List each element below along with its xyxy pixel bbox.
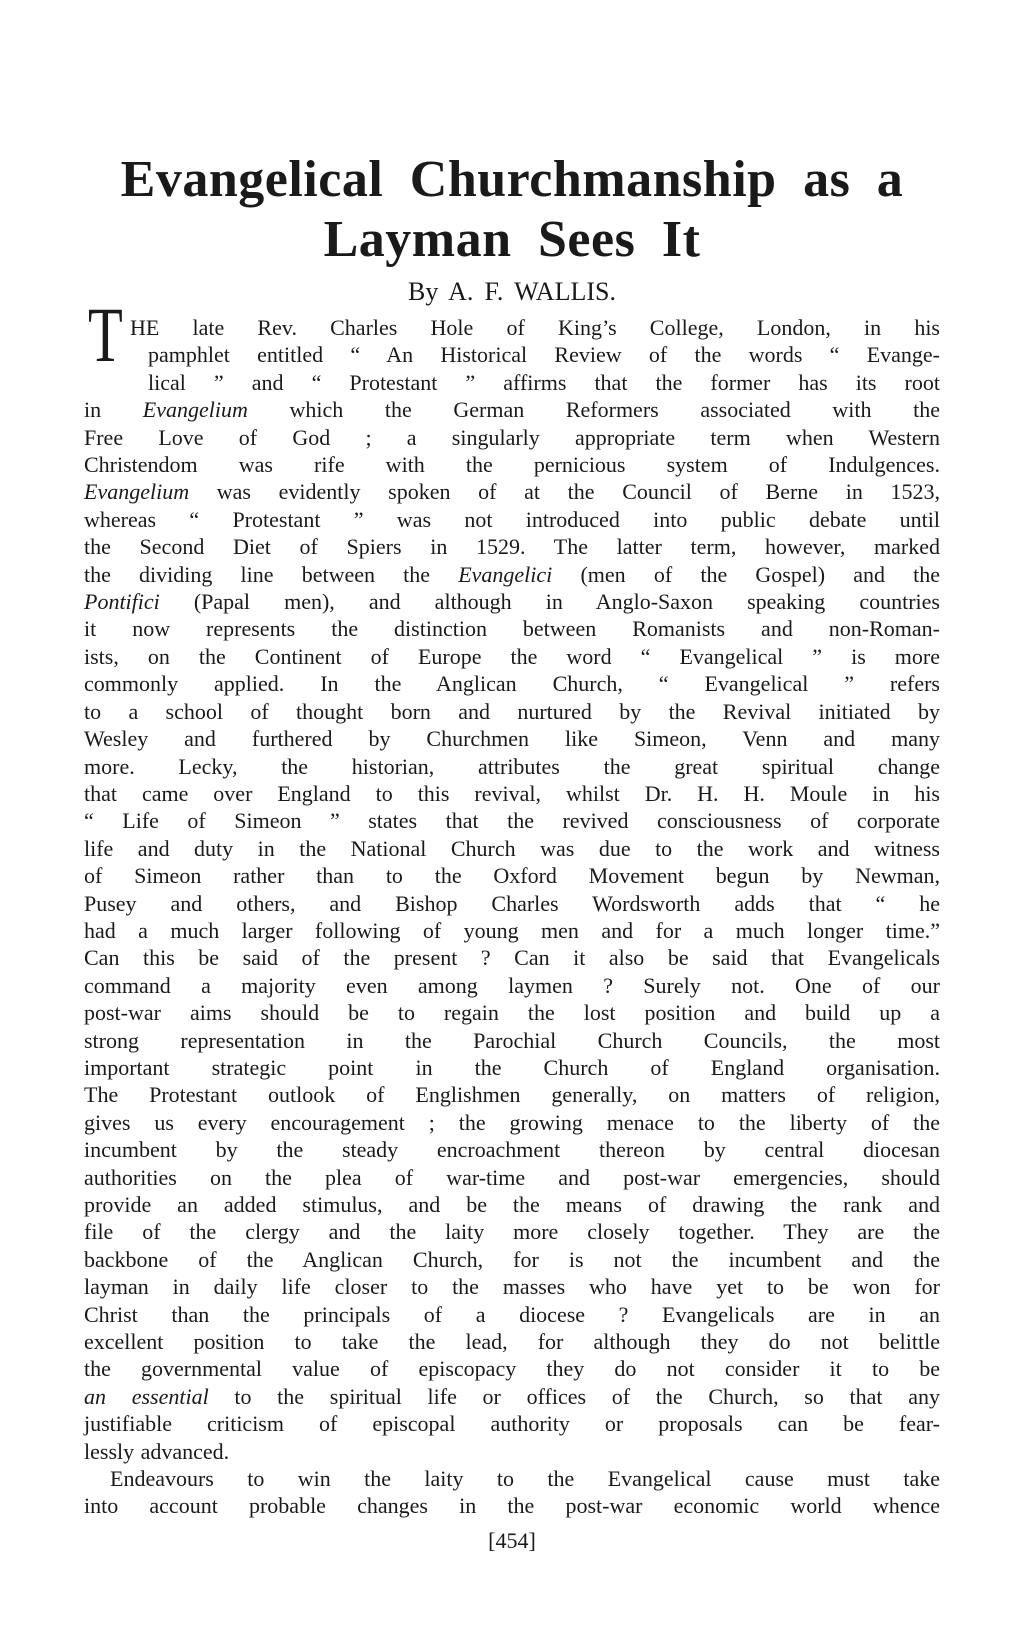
text-line: Free Love of God ; a singularly appropri…	[84, 424, 940, 451]
text-line: of Simeon rather than to the Oxford Move…	[84, 862, 940, 889]
text-line: incumbent by the steady encroachment the…	[84, 1136, 940, 1163]
text-line: in Evangelium which the German Reformers…	[84, 396, 940, 423]
text-line: life and duty in the National Church was…	[84, 835, 940, 862]
text-line: post-war aims should be to regain the lo…	[84, 999, 940, 1026]
text-line: lessly advanced.	[84, 1438, 940, 1465]
text-line: an essential to the spiritual life or of…	[84, 1383, 940, 1410]
text-line: lical ” and “ Protestant ” affirms that …	[84, 369, 940, 396]
text-line: Christendom was rife with the pernicious…	[84, 451, 940, 478]
text-line: ists, on the Continent of Europe the wor…	[84, 643, 940, 670]
text-line: Can this be said of the present ? Can it…	[84, 944, 940, 971]
text-line: excellent position to take the lead, for…	[84, 1328, 940, 1355]
text-line: pamphlet entitled “ An Historical Review…	[84, 341, 940, 368]
text-line: Endeavours to win the laity to the Evang…	[84, 1465, 940, 1492]
text-line: “ Life of Simeon ” states that the reviv…	[84, 807, 940, 834]
article-body: T HE late Rev. Charles Hole of King’s Co…	[84, 314, 940, 1520]
text-line: strong representation in the Parochial C…	[84, 1027, 940, 1054]
text-line: justifiable criticism of episcopal autho…	[84, 1410, 940, 1437]
text-line: into account probable changes in the pos…	[84, 1492, 940, 1519]
article-byline: By A. F. WALLIS.	[84, 276, 940, 308]
text-line: backbone of the Anglican Church, for is …	[84, 1246, 940, 1273]
text-column: Evangelical Churchmanship as a Layman Se…	[84, 0, 940, 1554]
text-line: Wesley and furthered by Churchmen like S…	[84, 725, 940, 752]
text-line: commonly applied. In the Anglican Church…	[84, 670, 940, 697]
text-line: Pontifici (Papal men), and although in A…	[84, 588, 940, 615]
page-number: [454]	[84, 1528, 940, 1554]
text-line: had a much larger following of young men…	[84, 917, 940, 944]
text-line: whereas “ Protestant ” was not introduce…	[84, 506, 940, 533]
text-line: the Second Diet of Spiers in 1529. The l…	[84, 533, 940, 560]
text-line: the governmental value of episcopacy the…	[84, 1355, 940, 1382]
text-line: that came over England to this revival, …	[84, 780, 940, 807]
text-line: important strategic point in the Church …	[84, 1054, 940, 1081]
text-line: Evangelium was evidently spoken of at th…	[84, 478, 940, 505]
text-line: provide an added stimulus, and be the me…	[84, 1191, 940, 1218]
text-line: the dividing line between the Evangelici…	[84, 561, 940, 588]
drop-cap: T	[88, 296, 123, 374]
text-line: gives us every encouragement ; the growi…	[84, 1109, 940, 1136]
text-line: file of the clergy and the laity more cl…	[84, 1218, 940, 1245]
text-line: The Protestant outlook of Englishmen gen…	[84, 1081, 940, 1108]
text-line: it now represents the distinction betwee…	[84, 615, 940, 642]
article-title-line2: Layman Sees It	[84, 210, 940, 270]
title-block: Evangelical Churchmanship as a Layman Se…	[84, 0, 940, 308]
scanned-page: Evangelical Churchmanship as a Layman Se…	[0, 0, 1020, 1628]
text-line: command a majority even among laymen ? S…	[84, 972, 940, 999]
text-line: Christ than the principals of a diocese …	[84, 1301, 940, 1328]
text-line: authorities on the plea of war-time and …	[84, 1164, 940, 1191]
text-line: more. Lecky, the historian, attributes t…	[84, 753, 940, 780]
article-title-line1: Evangelical Churchmanship as a	[84, 150, 940, 210]
text-line: to a school of thought born and nurtured…	[84, 698, 940, 725]
text-line: Pusey and others, and Bishop Charles Wor…	[84, 890, 940, 917]
text-line: HE late Rev. Charles Hole of King’s Coll…	[84, 314, 940, 341]
text-line: layman in daily life closer to the masse…	[84, 1273, 940, 1300]
